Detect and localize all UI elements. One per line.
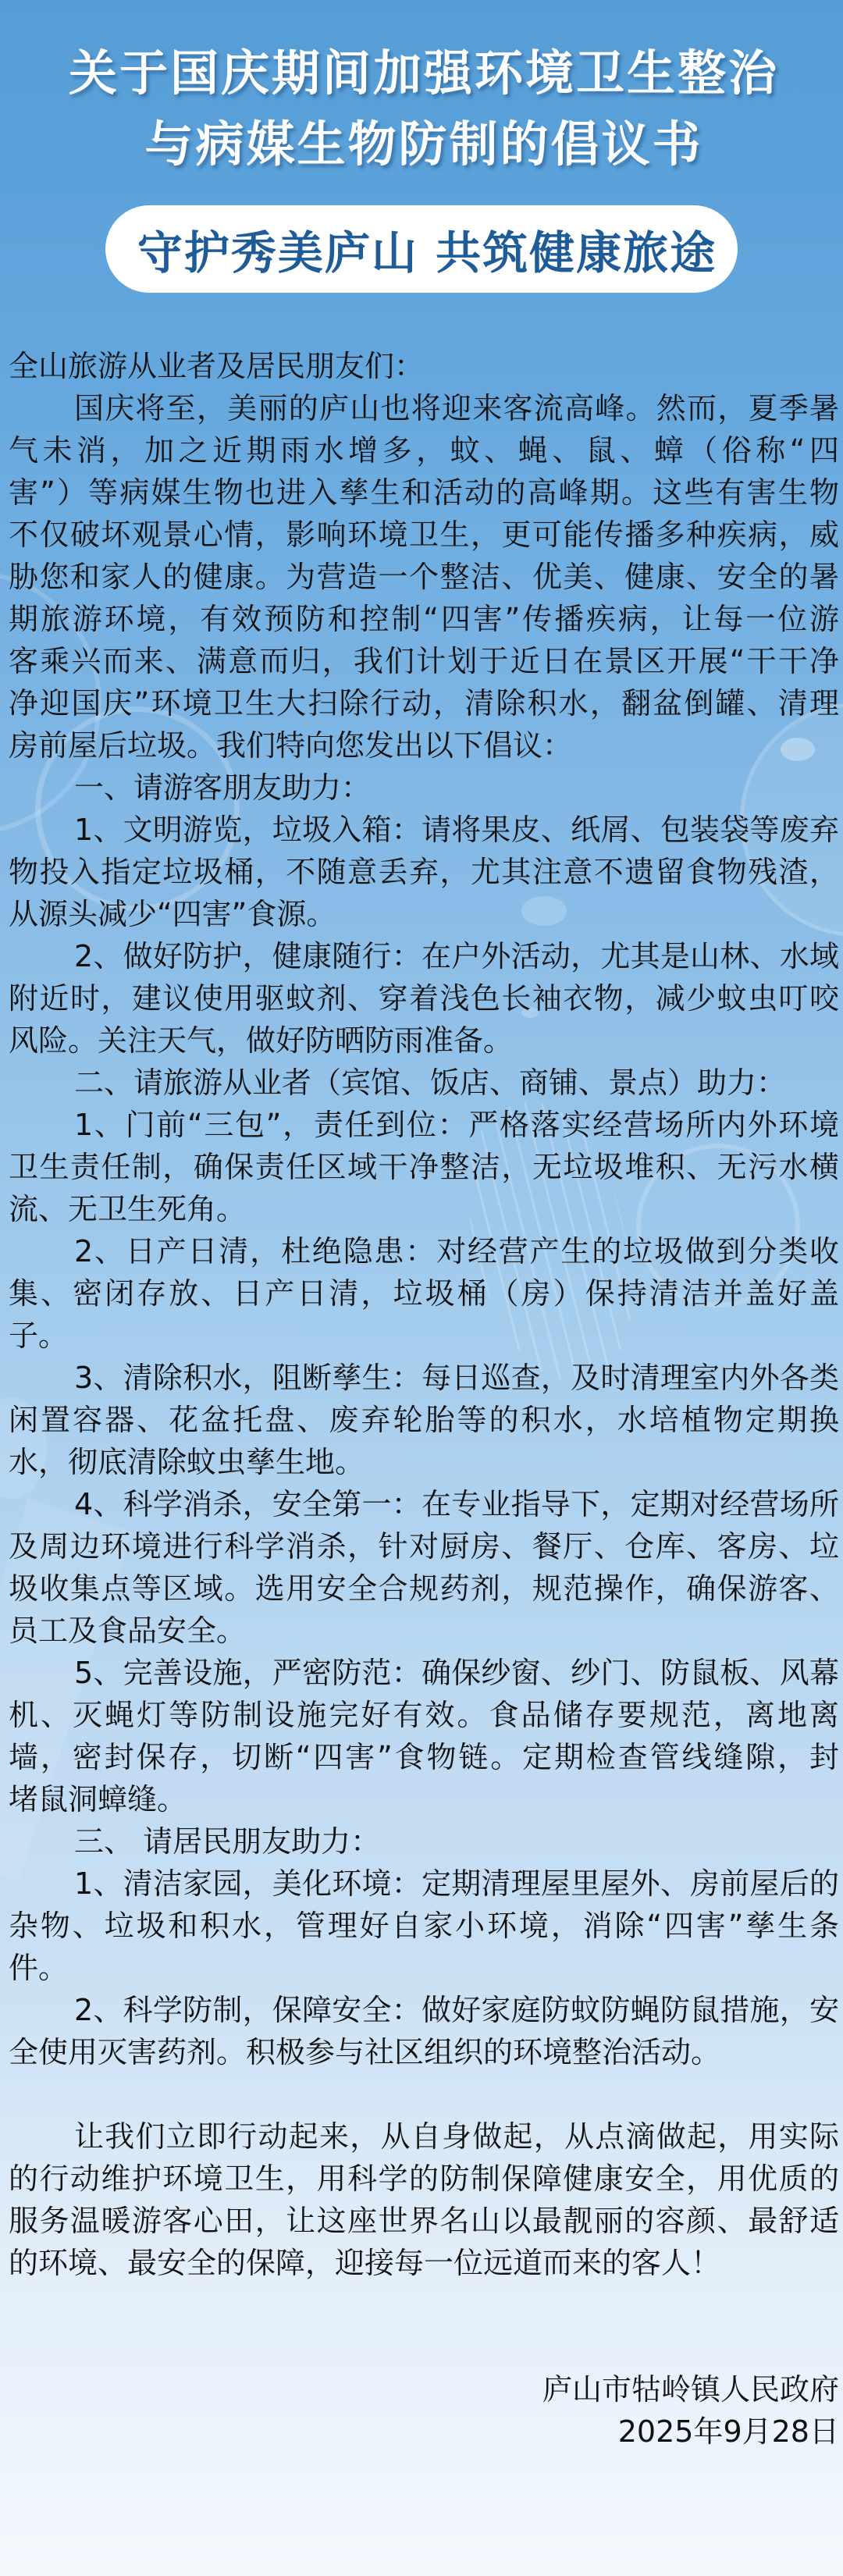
section-item: 1、门前“三包”，责任到位：严格落实经营场所内外环境 卫生责任制，确保责任区域干… xyxy=(9,1104,839,1230)
issuer-name: 庐山市牯岭镇人民政府 xyxy=(9,2368,839,2411)
closing-line: 服务温暖游客心田，让这座世界名山以最靓丽的容颜、最舒适 xyxy=(9,2200,839,2242)
intro-paragraph: 国庆将至，美丽的庐山也将迎来客流高峰。然而，夏季暑 气未消，加之近期雨水增多，蚊… xyxy=(9,387,839,767)
item-line: 机、灭蝇灯等防制设施完好有效。食品储存要规范，离地离 xyxy=(9,1694,839,1736)
intro-line: 净迎国庆”环境卫生大扫除行动，清除积水，翻盆倒罐、清理 xyxy=(9,682,839,724)
item-line: 全使用灭害药剂。积极参与社区组织的环境整治活动。 xyxy=(9,2031,839,2073)
item-line: 1、清洁家园，美化环境：定期清理屋里屋外、房前屋后的 xyxy=(9,1863,839,1905)
item-line: 水，彻底清除蚊虫孳生地。 xyxy=(9,1441,839,1483)
closing-line: 的环境、最安全的保障，迎接每一位远道而来的客人！ xyxy=(9,2242,839,2284)
item-line: 集、密闭存放、日产日清，垃圾桶（房）保持清洁并盖好盖 xyxy=(9,1272,839,1315)
item-line: 风险。关注天气，做好防晒防雨准备。 xyxy=(9,1019,839,1062)
slogan-banner: 守护秀美庐山 共筑健康旅途 xyxy=(105,205,738,293)
item-line: 4、科学消杀，安全第一：在专业指导下，定期对经营场所 xyxy=(9,1483,839,1525)
closing-line: 的行动维护环境卫生，用科学的防制保障健康安全，用优质的 xyxy=(9,2158,839,2200)
letter-body: 全山旅游从业者及居民朋友们： 国庆将至，美丽的庐山也将迎来客流高峰。然而，夏季暑… xyxy=(0,345,843,2453)
salutation: 全山旅游从业者及居民朋友们： xyxy=(9,345,839,387)
item-line: 2、科学防制，保障安全：做好家庭防蚊防蝇防鼠措施，安 xyxy=(9,1989,839,2031)
item-line: 杂物、垃圾和积水，管理好自家小环境，消除“四害”孳生条 xyxy=(9,1905,839,1947)
section-residents: 三、 请居民朋友助力： 1、清洁家园，美化环境：定期清理屋里屋外、房前屋后的 杂… xyxy=(9,1820,839,2073)
item-line: 卫生责任制，确保责任区域干净整洁，无垃圾堆积、无污水横 xyxy=(9,1146,839,1188)
item-line: 圾收集点等区域。选用安全合规药剂，规范操作，确保游客、 xyxy=(9,1567,839,1610)
item-line: 物投入指定垃圾桶，不随意丢弃，尤其注意不遗留食物残渣， xyxy=(9,851,839,893)
section-heading: 二、请旅游从业者（宾馆、饭店、商铺、景点）助力： xyxy=(9,1062,839,1104)
item-line: 3、清除积水，阻断孳生：每日巡查，及时清理室内外各类 xyxy=(9,1357,839,1399)
section-item: 2、做好防护，健康随行：在户外活动，尤其是山林、水域 附近时，建议使用驱蚊剂、穿… xyxy=(9,935,839,1062)
item-line: 件。 xyxy=(9,1947,839,1989)
item-line: 流、无卫生死角。 xyxy=(9,1188,839,1230)
blank-line xyxy=(9,2073,839,2115)
closing-line: 让我们立即行动起来，从自身做起，从点滴做起，用实际 xyxy=(9,2115,839,2158)
item-line: 从源头减少“四害”食源。 xyxy=(9,893,839,935)
title-line-1: 关于国庆期间加强环境卫生整治 xyxy=(5,37,843,109)
section-item: 1、清洁家园，美化环境：定期清理屋里屋外、房前屋后的 杂物、垃圾和积水，管理好自… xyxy=(9,1863,839,1989)
proposal-page: 关于国庆期间加强环境卫生整治 与病媒生物防制的倡议书 守护秀美庐山 共筑健康旅途… xyxy=(0,0,843,2576)
page-title: 关于国庆期间加强环境卫生整治 与病媒生物防制的倡议书 xyxy=(0,37,843,180)
item-line: 闲置容器、花盆托盘、废弃轮胎等的积水，水培植物定期换 xyxy=(9,1399,839,1441)
item-line: 及周边环境进行科学消杀，针对厨房、餐厅、仓库、客房、垃 xyxy=(9,1525,839,1567)
item-line: 2、日产日清，杜绝隐患：对经营产生的垃圾做到分类收 xyxy=(9,1230,839,1272)
title-line-2: 与病媒生物防制的倡议书 xyxy=(5,109,843,180)
signature-block: 庐山市牯岭镇人民政府 2025年9月28日 xyxy=(9,2368,839,2453)
intro-line: 害”）等病媒生物也进入孳生和活动的高峰期。这些有害生物 xyxy=(9,471,839,514)
issue-date: 2025年9月28日 xyxy=(9,2411,839,2453)
section-item: 2、日产日清，杜绝隐患：对经营产生的垃圾做到分类收 集、密闭存放、日产日清，垃圾… xyxy=(9,1230,839,1357)
item-line: 2、做好防护，健康随行：在户外活动，尤其是山林、水域 xyxy=(9,935,839,977)
section-item: 5、完善设施，严密防范：确保纱窗、纱门、防鼠板、风幕 机、灭蝇灯等防制设施完好有… xyxy=(9,1652,839,1820)
blank-lines xyxy=(9,2284,839,2368)
section-heading: 三、 请居民朋友助力： xyxy=(9,1820,839,1863)
item-line: 堵鼠洞蟑缝。 xyxy=(9,1778,839,1820)
section-heading: 一、请游客朋友助力： xyxy=(9,767,839,809)
intro-line: 期旅游环境，有效预防和控制“四害”传播疾病，让每一位游 xyxy=(9,598,839,640)
section-item: 1、文明游览，垃圾入箱：请将果皮、纸屑、包装袋等废弃 物投入指定垃圾桶，不随意丢… xyxy=(9,809,839,935)
intro-line: 房前屋后垃圾。我们特向您发出以下倡议： xyxy=(9,724,839,767)
item-line: 1、文明游览，垃圾入箱：请将果皮、纸屑、包装袋等废弃 xyxy=(9,809,839,851)
intro-line: 不仅破坏观景心情，影响环境卫生，更可能传播多种疾病，威 xyxy=(9,514,839,556)
intro-line: 胁您和家人的健康。为营造一个整洁、优美、健康、安全的暑 xyxy=(9,556,839,598)
item-line: 附近时，建议使用驱蚊剂、穿着浅色长袖衣物，减少蚊虫叮咬 xyxy=(9,977,839,1019)
section-visitors: 一、请游客朋友助力： 1、文明游览，垃圾入箱：请将果皮、纸屑、包装袋等废弃 物投… xyxy=(9,767,839,1062)
section-item: 2、科学防制，保障安全：做好家庭防蚊防蝇防鼠措施，安 全使用灭害药剂。积极参与社… xyxy=(9,1989,839,2073)
section-item: 4、科学消杀，安全第一：在专业指导下，定期对经营场所 及周边环境进行科学消杀，针… xyxy=(9,1483,839,1652)
item-line: 子。 xyxy=(9,1315,839,1357)
item-line: 1、门前“三包”，责任到位：严格落实经营场所内外环境 xyxy=(9,1104,839,1146)
intro-line: 客乘兴而来、满意而归，我们计划于近日在景区开展“干干净 xyxy=(9,640,839,682)
item-line: 墙，密封保存，切断“四害”食物链。定期检查管线缝隙，封 xyxy=(9,1736,839,1778)
item-line: 5、完善设施，严密防范：确保纱窗、纱门、防鼠板、风幕 xyxy=(9,1652,839,1694)
slogan-text: 守护秀美庐山 共筑健康旅途 xyxy=(126,216,717,282)
section-item: 3、清除积水，阻断孳生：每日巡查，及时清理室内外各类 闲置容器、花盆托盘、废弃轮… xyxy=(9,1357,839,1483)
intro-line: 国庆将至，美丽的庐山也将迎来客流高峰。然而，夏季暑 xyxy=(9,387,839,429)
closing-paragraph: 让我们立即行动起来，从自身做起，从点滴做起，用实际 的行动维护环境卫生，用科学的… xyxy=(9,2115,839,2284)
intro-line: 气未消，加之近期雨水增多，蚊、蝇、鼠、蟑（俗称“四 xyxy=(9,429,839,471)
section-tourism-operators: 二、请旅游从业者（宾馆、饭店、商铺、景点）助力： 1、门前“三包”，责任到位：严… xyxy=(9,1062,839,1820)
item-line: 员工及食品安全。 xyxy=(9,1610,839,1652)
